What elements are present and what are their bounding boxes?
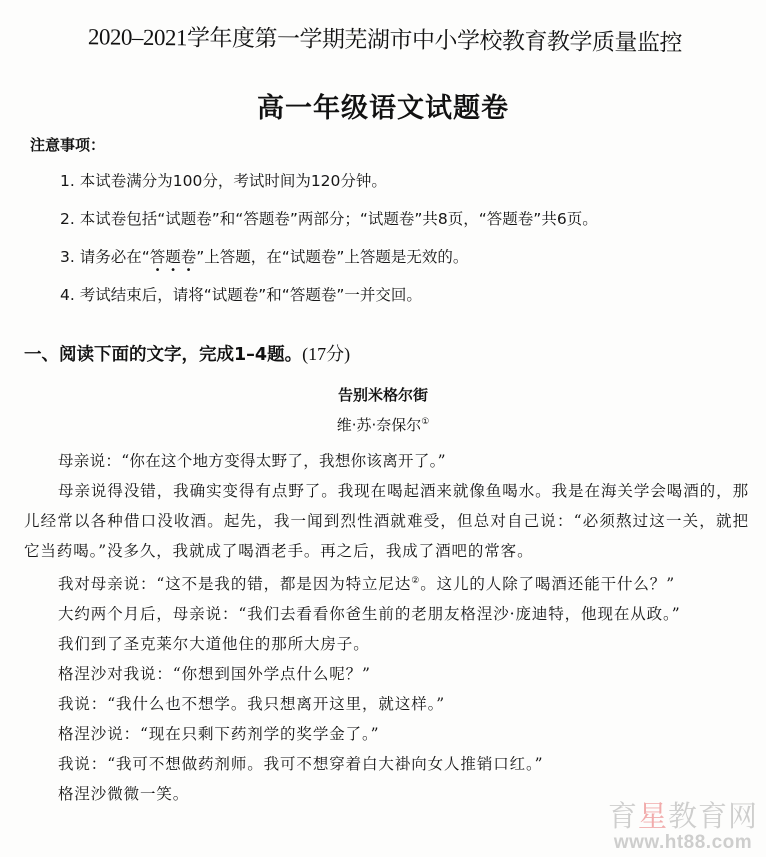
article-author: 维·苏·奈保尔① [0,414,766,435]
paragraph: 大约两个月后，母亲说：“我们去看看你爸生前的老朋友格涅沙·庞迪特，他现在从政。” [24,599,749,629]
watermark-text: 教育网 [668,799,758,833]
notice-item-number: 3. [60,248,75,266]
paragraph: 格涅沙对我说：“你想到国外学点什么呢？” [24,659,749,689]
notice-item: 1. 本试卷满分为100分，考试时间为120分钟。 [60,170,760,208]
notice-item-text: 本试卷满分为100分，考试时间为120分钟。 [80,172,387,190]
paragraph: 母亲说：“你在这个地方变得太野了，我想你该离开了。” [24,446,749,476]
emphasis-dots-icon: ••• [150,266,197,276]
notice-item: 3. 请务必在“答题卷•••”上答题，在“试题卷”上答题是无效的。 [60,246,760,284]
paragraph: 我们到了圣克莱尔大道他住的那所大房子。 [24,629,749,659]
paragraph: 母亲说得没错，我确实变得有点野了。我现在喝起酒来就像鱼喝水。我是在海关学会喝酒的… [24,476,749,566]
notice-item: 4. 考试结束后，请将“试题卷”和“答题卷”一并交回。 [60,284,760,322]
section-score: (17分) [302,344,350,364]
watermark-logo-text: 育星教育网 [600,800,766,832]
article-body: 母亲说：“你在这个地方变得太野了，我想你该离开了。” 母亲说得没错，我确实变得有… [24,446,749,809]
notice-item-text: 本试卷包括“试题卷”和“答题卷”两部分；“试题卷”共8页，“答题卷”共6页。 [80,210,598,228]
emphasized-word: 答题卷 [150,248,197,266]
notice-item-text-after: ”上答题，在“试题卷”上答题是无效的。 [196,248,468,266]
watermark-url: www.ht88.com [600,832,766,854]
footnote-marker: ② [411,576,420,586]
footnote-marker: ① [421,417,429,427]
paragraph: 我说：“我什么也不想学。我只想离开这里，就这样。” [24,689,749,719]
notice-item-text: 考试结束后，请将“试题卷”和“答题卷”一并交回。 [80,286,422,304]
author-name: 维·苏·奈保尔 [337,416,422,434]
site-watermark: 育星教育网 www.ht88.com [600,800,766,854]
section-heading: 一、阅读下面的文字，完成1–4题。(17分) [24,340,350,366]
notice-list: 1. 本试卷满分为100分，考试时间为120分钟。 2. 本试卷包括“试题卷”和… [60,170,760,322]
article-title: 告别米格尔街 [0,384,766,405]
notice-heading: 注意事项： [30,134,105,155]
paragraph: 格涅沙说：“现在只剩下药剂学的奖学金了。” [24,719,749,749]
notice-item-text-before: 请务必在“ [80,248,150,266]
watermark-text: 育 [608,799,638,833]
paragraph: 我对母亲说：“这不是我的错，都是因为特立尼达②。这儿的人除了喝酒还能干什么？” [24,566,749,599]
exam-title: 高一年级语文试题卷 [0,86,766,125]
paragraph-text: 。这儿的人除了喝酒还能干什么？” [420,575,675,593]
paragraph: 我说：“我可不想做药剂师。我可不想穿着白大褂向女人推销口红。” [24,749,749,779]
notice-item: 2. 本试卷包括“试题卷”和“答题卷”两部分；“试题卷”共8页，“答题卷”共6页… [60,208,760,246]
emphasized-text: 答题卷••• [150,248,197,266]
notice-item-number: 2. [60,210,75,228]
watermark-accent-text: 星 [638,799,668,833]
exam-period-header: 2020–2021学年度第一学期芜湖市中小学校教育教学质量监控 [60,18,710,58]
notice-item-number: 4. [60,286,75,304]
notice-item-number: 1. [60,172,75,190]
section-heading-text: 一、阅读下面的文字，完成1–4题。 [24,345,302,365]
paragraph-text: 我对母亲说：“这不是我的错，都是因为特立尼达 [58,575,411,593]
exam-page: 2020–2021学年度第一学期芜湖市中小学校教育教学质量监控 高一年级语文试题… [0,0,766,857]
